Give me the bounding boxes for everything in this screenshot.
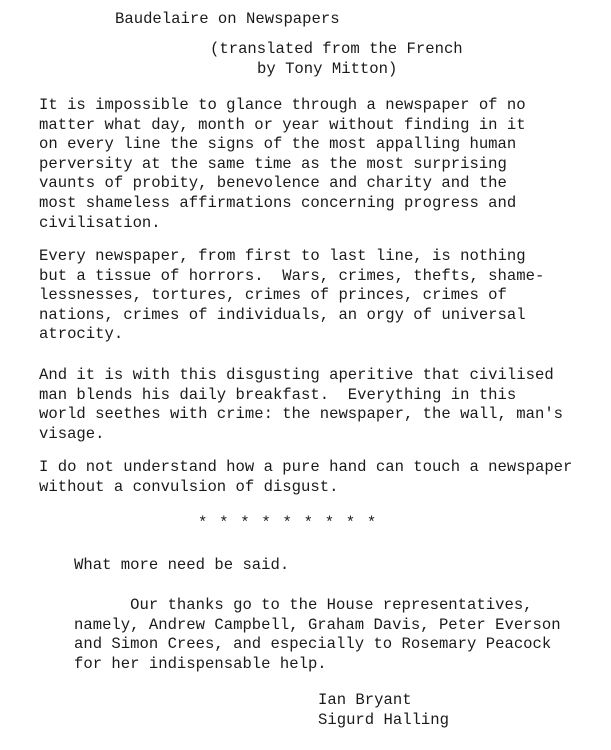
text-line: lessnesses, tortures, crimes of princes,… — [39, 286, 544, 306]
text-line: Our thanks go to the House representativ… — [74, 596, 561, 616]
closing-remark: What more need be said. — [74, 556, 289, 575]
signatory-name: Ian Bryant — [318, 691, 449, 711]
paragraph-4: I do not understand how a pure hand can … — [39, 458, 572, 497]
subtitle-line-1: (translated from the French — [210, 40, 463, 59]
paragraph-3: And it is with this disgusting aperitive… — [39, 366, 563, 444]
text-line: Every newspaper, from first to last line… — [39, 247, 544, 267]
text-line: vaunts of probity, benevolence and chari… — [39, 174, 526, 194]
text-line: visage. — [39, 425, 563, 445]
paragraph-1: It is impossible to glance through a new… — [39, 96, 526, 233]
acknowledgements: Our thanks go to the House representativ… — [74, 596, 561, 674]
text-line: and Simon Crees, and especially to Rosem… — [74, 635, 561, 655]
document-title: Baudelaire on Newspapers — [115, 10, 340, 29]
text-line: for her indispensable help. — [74, 655, 561, 675]
text-line: but a tissue of horrors. Wars, crimes, t… — [39, 267, 544, 287]
text-line: on every line the signs of the most appa… — [39, 135, 526, 155]
text-line: atrocity. — [39, 325, 544, 345]
section-separator: * * * * * * * * * — [198, 514, 377, 533]
subtitle-line-2: by Tony Mitton) — [257, 60, 397, 79]
text-line: civilisation. — [39, 214, 526, 234]
text-line: matter what day, month or year without f… — [39, 116, 526, 136]
text-line: most shameless affirmations concerning p… — [39, 194, 526, 214]
text-line: without a convulsion of disgust. — [39, 478, 572, 498]
paragraph-2: Every newspaper, from first to last line… — [39, 247, 544, 345]
text-line: man blends his daily breakfast. Everythi… — [39, 386, 563, 406]
text-line: perversity at the same time as the most … — [39, 155, 526, 175]
text-line: I do not understand how a pure hand can … — [39, 458, 572, 478]
signatures: Ian Bryant Sigurd Halling — [318, 691, 449, 730]
text-line: nations, crimes of individuals, an orgy … — [39, 306, 544, 326]
text-line: It is impossible to glance through a new… — [39, 96, 526, 116]
text-line: And it is with this disgusting aperitive… — [39, 366, 563, 386]
signatory-name: Sigurd Halling — [318, 711, 449, 731]
text-line: namely, Andrew Campbell, Graham Davis, P… — [74, 616, 561, 636]
text-line: world seethes with crime: the newspaper,… — [39, 405, 563, 425]
